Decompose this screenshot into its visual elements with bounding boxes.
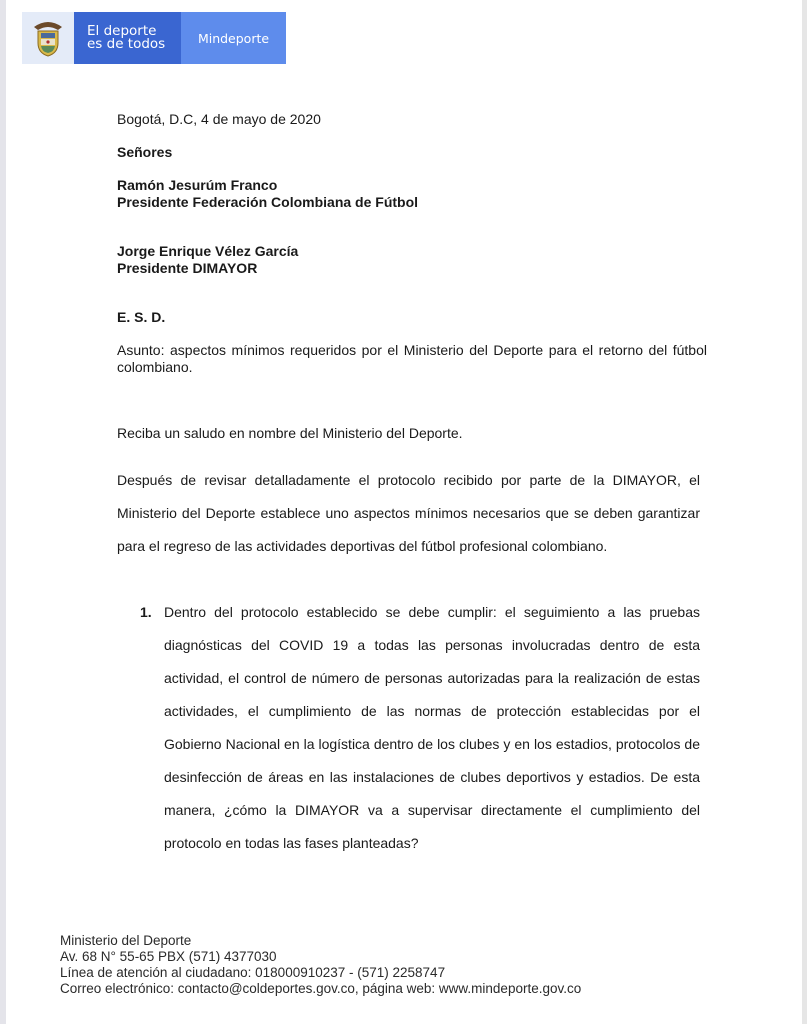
subject: Asunto: aspectos mínimos requeridos por … — [117, 342, 707, 376]
esd-line: E. S. D. — [117, 309, 165, 326]
recipient-2-name: Jorge Enrique Vélez García — [117, 243, 298, 260]
brand-line-2: es de todos — [87, 38, 181, 51]
footer: Ministerio del Deporte Av. 68 N° 55-65 P… — [60, 933, 581, 997]
brand-slogan: El deporte es de todos — [74, 12, 181, 64]
item-1-number: 1. — [140, 596, 152, 629]
colombia-coat-of-arms-icon — [31, 19, 65, 57]
place-date: Bogotá, D.C, 4 de mayo de 2020 — [117, 111, 321, 128]
shield-box — [22, 12, 74, 64]
recipient-1-name: Ramón Jesurúm Franco — [117, 177, 277, 194]
page-edge-right — [802, 0, 807, 1024]
mindeporte-logo: El deporte es de todos Mindeporte — [22, 12, 286, 64]
footer-ministry: Ministerio del Deporte — [60, 933, 581, 949]
salutation: Señores — [117, 144, 172, 161]
page-edge-left — [0, 0, 6, 1024]
intro-paragraph: Después de revisar detalladamente el pro… — [117, 464, 700, 563]
footer-contact: Correo electrónico: contacto@coldeportes… — [60, 981, 581, 997]
recipient-2-title: Presidente DIMAYOR — [117, 260, 257, 277]
brand-name: Mindeporte — [181, 12, 286, 64]
item-1-text: Dentro del protocolo establecido se debe… — [164, 596, 700, 860]
footer-address: Av. 68 N° 55-65 PBX (571) 4377030 — [60, 949, 581, 965]
footer-hotline: Línea de atención al ciudadano: 01800091… — [60, 965, 581, 981]
recipient-1-title: Presidente Federación Colombiana de Fútb… — [117, 194, 418, 211]
greeting: Reciba un saludo en nombre del Ministeri… — [117, 425, 463, 442]
